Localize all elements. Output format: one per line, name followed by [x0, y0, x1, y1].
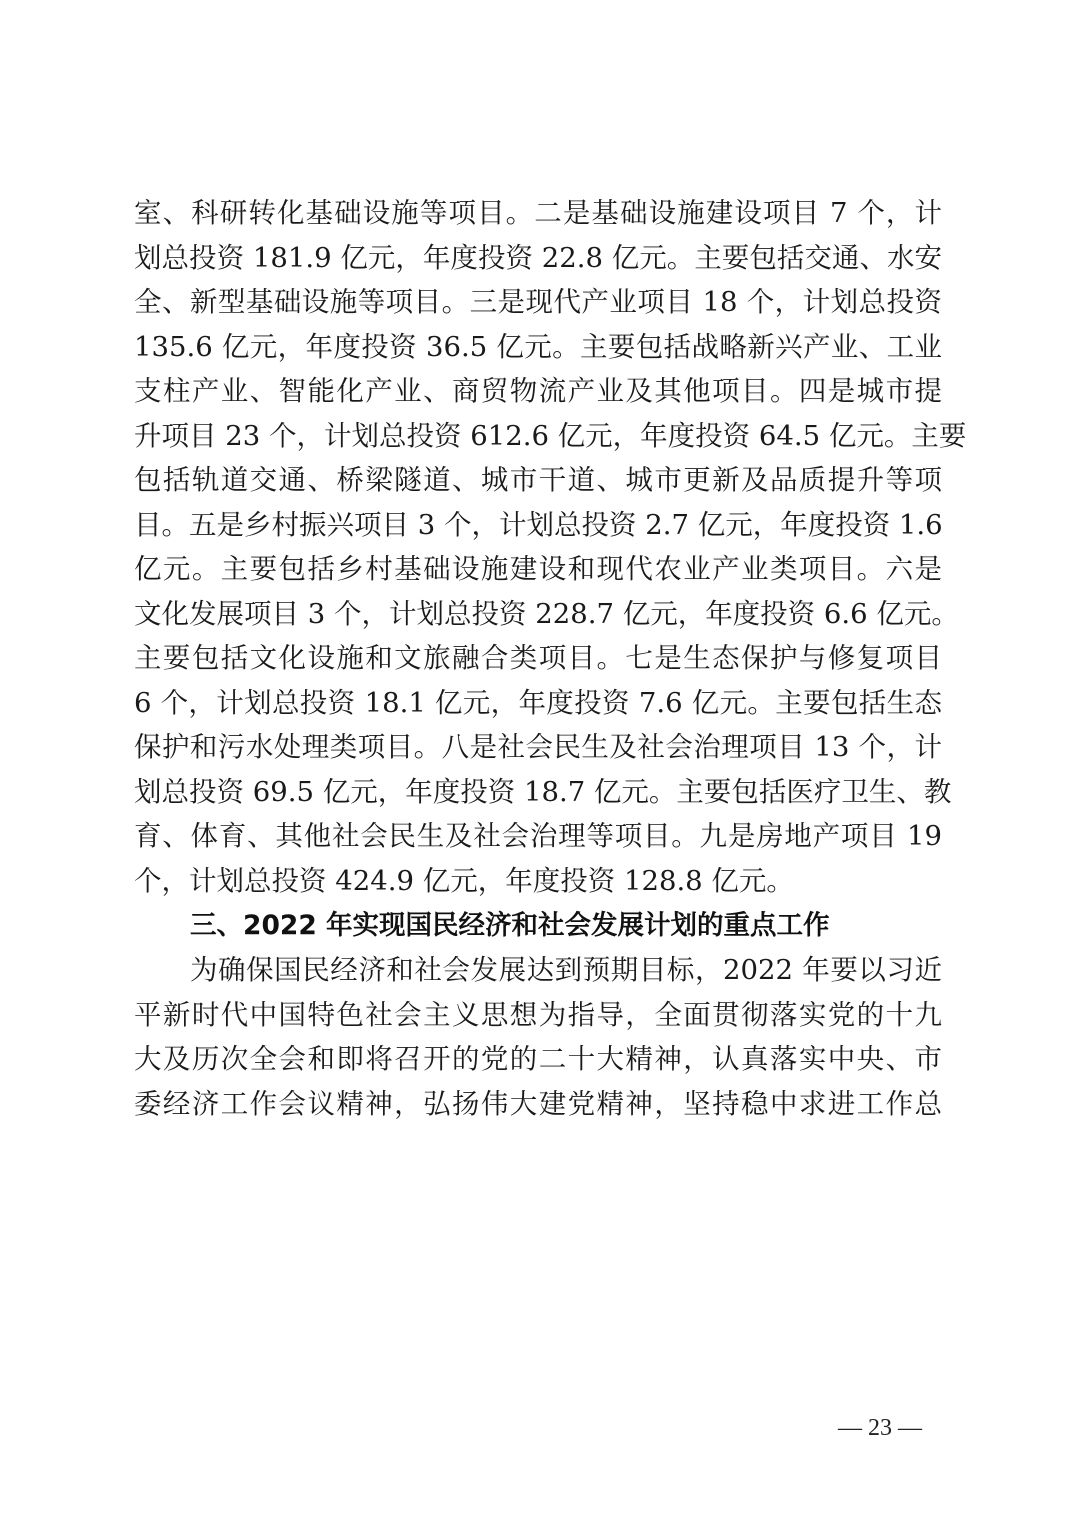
- text-line: 大及历次全会和即将召开的党的二十大精神，认真落实中央、市: [134, 1037, 942, 1081]
- text-line: 主要包括文化设施和文旅融合类项目。七是生态保护与修复项目: [134, 636, 942, 680]
- text-line: 划总投资 181.9 亿元，年度投资 22.8 亿元。主要包括交通、水安: [134, 236, 942, 280]
- text-line: 委经济工作会议精神，弘扬伟大建党精神，坚持稳中求进工作总: [134, 1082, 942, 1126]
- text-line: 为确保国民经济和社会发展达到预期目标，2022 年要以习近: [190, 948, 942, 992]
- text-line: 6 个，计划总投资 18.1 亿元，年度投资 7.6 亿元。主要包括生态: [134, 681, 942, 725]
- text-line: 升项目 23 个，计划总投资 612.6 亿元，年度投资 64.5 亿元。主要: [134, 414, 942, 458]
- text-line: 育、体育、其他社会民生及社会治理等项目。九是房地产项目 19: [134, 814, 942, 858]
- text-line: 支柱产业、智能化产业、商贸物流产业及其他项目。四是城市提: [134, 369, 942, 413]
- document-page: 室、科研转化基础设施等项目。二是基础设施建设项目 7 个，计 划总投资 181.…: [0, 0, 1074, 1520]
- section-heading: 三、2022 年实现国民经济和社会发展计划的重点工作: [190, 904, 829, 948]
- text-line: 划总投资 69.5 亿元，年度投资 18.7 亿元。主要包括医疗卫生、教: [134, 770, 942, 814]
- text-line: 保护和污水处理类项目。八是社会民生及社会治理项目 13 个，计: [134, 725, 942, 769]
- text-line: 全、新型基础设施等项目。三是现代产业项目 18 个，计划总投资: [134, 280, 942, 324]
- page-number: — 23 —: [838, 1413, 922, 1443]
- text-line: 个，计划总投资 424.9 亿元，年度投资 128.8 亿元。: [134, 859, 942, 903]
- text-line: 目。五是乡村振兴项目 3 个，计划总投资 2.7 亿元，年度投资 1.6: [134, 503, 942, 547]
- text-line: 室、科研转化基础设施等项目。二是基础设施建设项目 7 个，计: [134, 191, 942, 235]
- text-line: 135.6 亿元，年度投资 36.5 亿元。主要包括战略新兴产业、工业: [134, 325, 942, 369]
- text-line: 平新时代中国特色社会主义思想为指导，全面贯彻落实党的十九: [134, 993, 942, 1037]
- text-line: 文化发展项目 3 个，计划总投资 228.7 亿元，年度投资 6.6 亿元。: [134, 592, 942, 636]
- text-line: 亿元。主要包括乡村基础设施建设和现代农业产业类项目。六是: [134, 547, 942, 591]
- text-line: 包括轨道交通、桥梁隧道、城市干道、城市更新及品质提升等项: [134, 458, 942, 502]
